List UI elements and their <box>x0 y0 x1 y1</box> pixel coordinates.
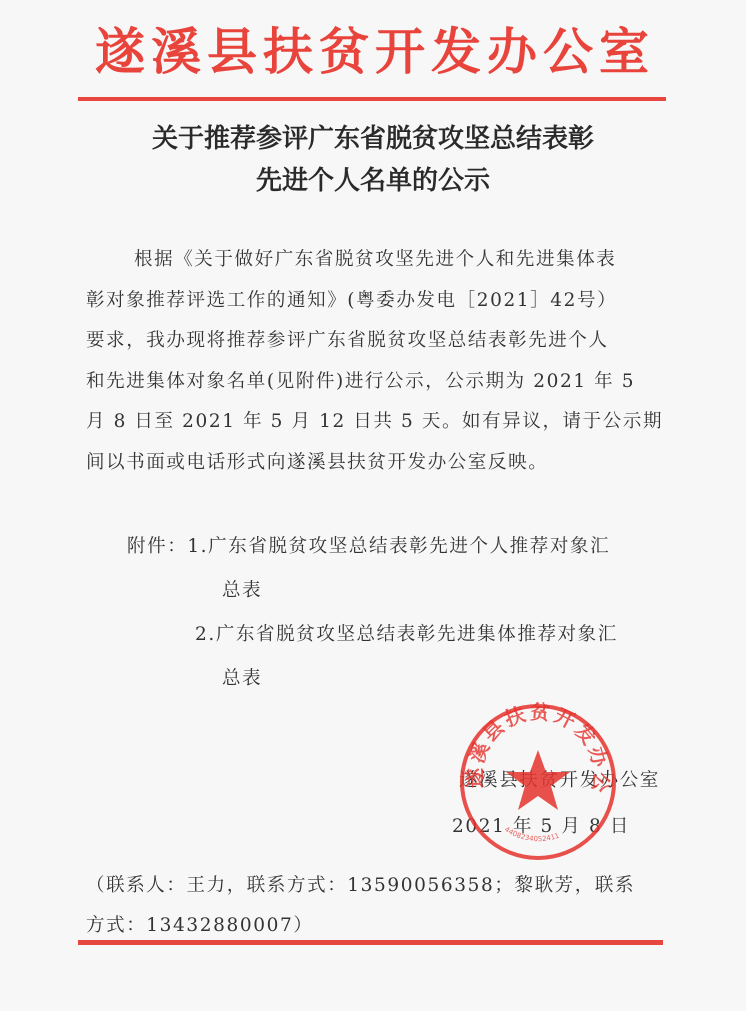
organization-header: 遂溪县扶贫开发办公室 <box>80 22 670 82</box>
title-line-2: 先进个人名单的公示 <box>60 160 686 202</box>
body-paragraph: 根据《关于做好广东省脱贫攻坚先进个人和先进集体表 彰对象推荐评选工作的通知》(粤… <box>86 240 660 483</box>
signature-organization: 遂溪县扶贫开发办公室 <box>420 758 660 804</box>
attachments-list: 附件：1.广东省脱贫攻坚总结表彰先进个人推荐对象汇 总表 2.广东省脱贫攻坚总结… <box>127 525 687 701</box>
footer-red-rule <box>78 940 663 945</box>
attachment-item-1: 附件：1.广东省脱贫攻坚总结表彰先进个人推荐对象汇 <box>127 525 687 569</box>
attachment-item-1-cont: 总表 <box>127 569 687 613</box>
body-line: 间以书面或电话形式向遂溪县扶贫开发办公室反映。 <box>86 443 660 484</box>
contact-line-1: （联系人：王力，联系方式：13590056358；黎耿芳，联系 <box>86 866 666 906</box>
body-line: 彰对象推荐评选工作的通知》(粤委办发电［2021］42号） <box>86 281 660 322</box>
document-page: 遂溪县扶贫开发办公室 关于推荐参评广东省脱贫攻坚总结表彰 先进个人名单的公示 根… <box>0 0 746 1011</box>
body-line: 根据《关于做好广东省脱贫攻坚先进个人和先进集体表 <box>86 240 660 281</box>
attachment-item-2-cont: 总表 <box>127 657 687 701</box>
signature-date: 2021 年 5 月 8 日 <box>420 804 660 850</box>
header-red-rule <box>78 97 666 101</box>
body-line: 和先进集体对象名单(见附件)进行公示，公示期为 2021 年 5 <box>86 362 660 403</box>
contact-info: （联系人：王力，联系方式：13590056358；黎耿芳，联系 方式：13432… <box>86 866 666 946</box>
attachments-label: 附件： <box>127 536 187 557</box>
title-line-1: 关于推荐参评广东省脱贫攻坚总结表彰 <box>60 118 686 160</box>
body-line: 要求，我办现将推荐参评广东省脱贫攻坚总结表彰先进个人 <box>86 321 660 362</box>
body-line: 月 8 日至 2021 年 5 月 12 日共 5 天。如有异议，请于公示期 <box>86 402 660 443</box>
attachment-item-2: 2.广东省脱贫攻坚总结表彰先进集体推荐对象汇 <box>127 613 687 657</box>
document-title: 关于推荐参评广东省脱贫攻坚总结表彰 先进个人名单的公示 <box>60 118 686 202</box>
signature-block: 遂溪县扶贫开发办公室 2021 年 5 月 8 日 <box>420 758 660 850</box>
